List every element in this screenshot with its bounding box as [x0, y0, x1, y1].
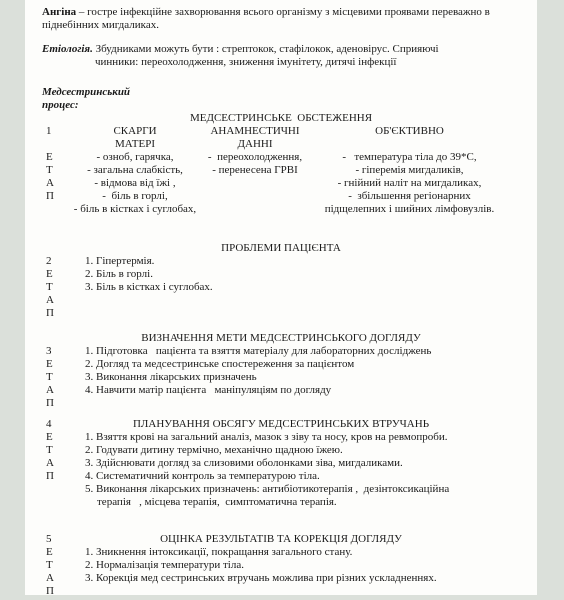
table-cell: - загальна слабкість, — [70, 164, 200, 177]
list-item-continuation: терапія , місцева терапія, симптоматична… — [25, 496, 537, 509]
list-item: Т 3. Біль в кістках і суглобах. — [25, 281, 537, 294]
list-item-text: 5. Виконання лікарських призначень: анти… — [85, 483, 537, 496]
stage-letter: 2 — [25, 255, 85, 268]
table-cell: - біль в кістках і суглобах, — [70, 203, 200, 216]
table-row: Е - озноб, гарячка, - переохолодження, -… — [25, 151, 537, 164]
table-row: - біль в кістках і суглобах, підщелепних… — [25, 203, 537, 216]
list-item: 2 1. Гіпертермія. — [25, 255, 537, 268]
section-title-examination: МЕДСЕСТРИНСЬКЕ ОБСТЕЖЕННЯ — [25, 112, 537, 125]
list-item-text: 2. Догляд та медсестринське спостереженн… — [85, 358, 537, 371]
document-page: Ангіна – гостре інфекційне захворювання … — [25, 0, 537, 595]
section-title-planning: 4 ПЛАНУВАННЯ ОБСЯГУ МЕДСЕСТРИНСЬКИХ ВТРУ… — [25, 418, 537, 431]
process-heading: Медсестринський процес: — [42, 86, 520, 112]
table-cell: - перенесена ГРВІ — [200, 164, 310, 177]
definition-paragraph: Ангіна – гостре інфекційне захворювання … — [42, 6, 520, 32]
stage-letter: П — [25, 307, 85, 320]
process-line1: Медсестринський — [42, 86, 520, 99]
etiology-line1: Етіологія. Збудниками можуть бути : стре… — [42, 43, 520, 56]
section-title: ОЦІНКА РЕЗУЛЬТАТІВ ТА КОРЕКЦІЯ ДОГЛЯДУ — [160, 533, 402, 545]
column-header-objective-2 — [310, 138, 537, 151]
stage-letter: Т — [25, 164, 70, 177]
table-cell: - гіперемія мигдаликів, — [310, 164, 537, 177]
stage-letter — [25, 138, 70, 151]
stage-letter: П — [25, 585, 85, 595]
list-item: П — [25, 585, 537, 595]
stage-letter: Т — [25, 444, 85, 457]
stage-letter: Т — [25, 371, 85, 384]
stage-letter — [25, 483, 85, 496]
stage-letter: А — [25, 294, 85, 307]
stage-letter: П — [25, 397, 85, 410]
stage-letter — [25, 203, 70, 216]
stage-number: 4 — [46, 418, 52, 431]
section-title-goals: ВИЗНАЧЕННЯ МЕТИ МЕДСЕСТРИНСЬКОГО ДОГЛЯДУ — [25, 332, 537, 345]
table-row: Т - загальна слабкість, - перенесена ГРВ… — [25, 164, 537, 177]
list-item-text — [85, 294, 537, 307]
list-item-text: 3. Корекція мед сестринських втручань мо… — [85, 572, 537, 585]
section-title: ПЛАНУВАННЯ ОБСЯГУ МЕДСЕСТРИНСЬКИХ ВТРУЧА… — [133, 418, 429, 430]
list-item: 5. Виконання лікарських призначень: анти… — [25, 483, 537, 496]
section-title: МЕДСЕСТРИНСЬКЕ ОБСТЕЖЕННЯ — [190, 112, 372, 124]
stage-letter: Е — [25, 151, 70, 164]
list-item-text: 4. Навчити матір пацієнта маніпуляціям п… — [85, 384, 537, 397]
stage-letter: А — [25, 177, 70, 190]
list-item-text: 2. Годувати дитину термічно, механічно щ… — [85, 444, 537, 457]
list-item: Т 2. Нормалізація температури тіла. — [25, 559, 537, 572]
list-item-text: 1. Підготовка пацієнта та взяття матеріа… — [85, 345, 537, 358]
stage-letter: Т — [25, 559, 85, 572]
section-title: ВИЗНАЧЕННЯ МЕТИ МЕДСЕСТРИНСЬКОГО ДОГЛЯДУ — [141, 332, 421, 344]
section-title: ПРОБЛЕМИ ПАЦІЄНТА — [221, 242, 341, 254]
term-angina: Ангіна — [42, 6, 76, 18]
column-header-complaints: СКАРГИ — [70, 125, 200, 138]
list-item-text — [85, 307, 537, 320]
list-item: А — [25, 294, 537, 307]
list-item: 3 1. Підготовка пацієнта та взяття матер… — [25, 345, 537, 358]
etiology-lead: Етіологія. — [42, 43, 93, 55]
column-header-complaints-2: МАТЕРІ — [70, 138, 200, 151]
etiology-paragraph: Етіологія. Збудниками можуть бути : стре… — [42, 43, 520, 69]
list-item: А 3. Здійснювати догляд за слизовими обо… — [25, 457, 537, 470]
list-item: Е 1. Взяття крові на загальний аналіз, м… — [25, 431, 537, 444]
table-cell: - гнійний наліт на мигдаликах, — [310, 177, 537, 190]
list-item-text: 3. Виконання лікарських призначень — [85, 371, 537, 384]
table-row: П - біль в горлі, - збільшення регіонарн… — [25, 190, 537, 203]
stage-number: 5 — [46, 533, 52, 546]
list-item-text: терапія , місцева терапія, симптоматична… — [85, 496, 537, 509]
list-item: П 4. Систематичний контроль за температу… — [25, 470, 537, 483]
table-cell: - озноб, гарячка, — [70, 151, 200, 164]
stage-letter: П — [25, 190, 70, 203]
list-item: Е 2. Біль в горлі. — [25, 268, 537, 281]
section-title-problems: ПРОБЛЕМИ ПАЦІЄНТА — [25, 242, 537, 255]
column-header-objective: ОБ'ЄКТИВНО — [310, 125, 537, 138]
list-item-text: 4. Систематичний контроль за температуро… — [85, 470, 537, 483]
table-header-row: МАТЕРІ ДАННІ — [25, 138, 537, 151]
table-row: А - відмова від їжі , - гнійний наліт на… — [25, 177, 537, 190]
table-cell — [200, 190, 310, 203]
list-item: П — [25, 307, 537, 320]
stage-letter — [25, 496, 85, 509]
list-item: Т 3. Виконання лікарських призначень — [25, 371, 537, 384]
stage-letter: 3 — [25, 345, 85, 358]
table-cell: - відмова від їжі , — [70, 177, 200, 190]
list-item: Е 1. Зникнення інтоксикації, покращання … — [25, 546, 537, 559]
list-item-text: 1. Гіпертермія. — [85, 255, 537, 268]
list-item-text — [85, 585, 537, 595]
stage-letter: П — [25, 470, 85, 483]
table-cell: підщелепних і шийних лімфовузлів. — [310, 203, 537, 216]
table-cell — [200, 177, 310, 190]
list-item-text: 1. Взяття крові на загальний аналіз, маз… — [85, 431, 537, 444]
stage-letter: Т — [25, 281, 85, 294]
list-item-text: 3. Здійснювати догляд за слизовими оболо… — [85, 457, 537, 470]
list-item-text: 1. Зникнення інтоксикації, покращання за… — [85, 546, 537, 559]
list-item: А 3. Корекція мед сестринських втручань … — [25, 572, 537, 585]
table-header-row: 1 СКАРГИ АНАМНЕСТИЧНІ ОБ'ЄКТИВНО — [25, 125, 537, 138]
table-cell: - переохолодження, — [200, 151, 310, 164]
section-title-evaluation: 5 ОЦІНКА РЕЗУЛЬТАТІВ ТА КОРЕКЦІЯ ДОГЛЯДУ — [25, 533, 537, 546]
stage-letter: Е — [25, 358, 85, 371]
list-item-text: 3. Біль в кістках і суглобах. — [85, 281, 537, 294]
stage-letter: Е — [25, 268, 85, 281]
stage-letter: А — [25, 572, 85, 585]
list-item-text: 2. Нормалізація температури тіла. — [85, 559, 537, 572]
list-item: Е 2. Догляд та медсестринське спостереже… — [25, 358, 537, 371]
etiology-text: Збудниками можуть бути : стрептокок, ста… — [93, 43, 439, 55]
process-line2: процес: — [42, 99, 520, 112]
column-header-anamnestic: АНАМНЕСТИЧНІ — [200, 125, 310, 138]
scanned-document-background: { "colors": { "backdrop": "#dbe0da", "pa… — [0, 0, 564, 600]
stage-letter: Е — [25, 431, 85, 444]
stage-letter: Е — [25, 546, 85, 559]
list-item: П — [25, 397, 537, 410]
stage-letter: А — [25, 384, 85, 397]
definition-text: – гостре інфекційне захворювання всього … — [42, 6, 493, 31]
stage-number: 1 — [25, 125, 70, 138]
stage-letter: А — [25, 457, 85, 470]
table-cell: - біль в горлі, — [70, 190, 200, 203]
list-item-text — [85, 397, 537, 410]
list-item: Т 2. Годувати дитину термічно, механічно… — [25, 444, 537, 457]
list-item: А 4. Навчити матір пацієнта маніпуляціям… — [25, 384, 537, 397]
table-cell: - температура тіла до 39*С, — [310, 151, 537, 164]
column-header-anamnestic-2: ДАННІ — [200, 138, 310, 151]
table-cell: - збільшення регіонарних — [310, 190, 537, 203]
etiology-line2: чинники: переохолодження, зниження імуні… — [95, 56, 520, 69]
list-item-text: 2. Біль в горлі. — [85, 268, 537, 281]
table-cell — [200, 203, 310, 216]
